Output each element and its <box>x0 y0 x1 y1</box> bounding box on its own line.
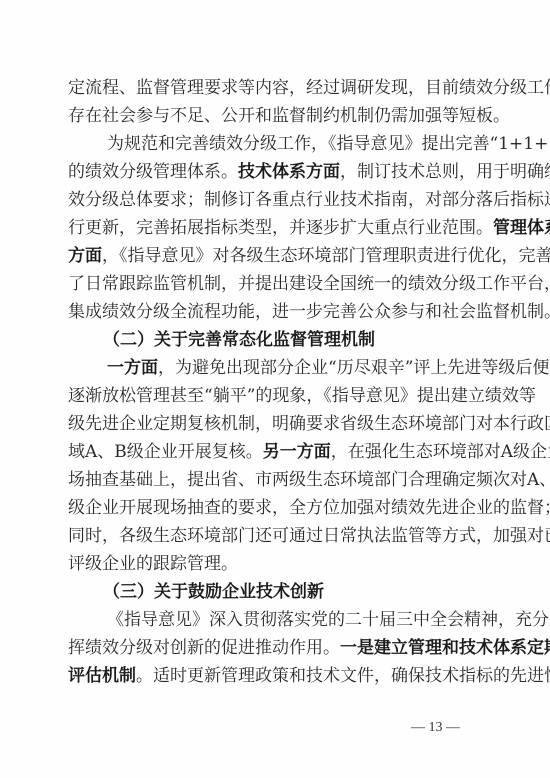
text-run: ，为避免出现部分企业“历尽艰辛”评上先进等级后便 <box>158 358 549 378</box>
bold-text-run: 一方面 <box>107 358 158 378</box>
text-run: 逐渐放松管理甚至“躺平”的现象，《指导意见》提出建立绩效等 <box>68 386 536 406</box>
text-line: 评估机制。适时更新管理政策和技术文件，确保技术指标的先进性， <box>68 662 456 690</box>
text-line: 效分级总体要求；制修订各重点行业技术指南，对部分落后指标进 <box>68 186 456 214</box>
text-run: 。适时更新管理政策和技术文件，确保技术指标的先进性， <box>136 666 550 686</box>
bold-text-run: （二）关于完善常态化监督管理机制 <box>103 330 375 350</box>
text-line: 场抽查基础上，提出省、市两级生态环境部门合理确定频次对A、B <box>68 466 456 494</box>
text-run: 行更新，完善拓展指标类型，并逐步扩大重点行业范围。 <box>68 218 493 238</box>
text-line: 同时，各级生态环境部门还可通过日常执法监管等方式，加强对已 <box>68 522 456 550</box>
text-line: 级先进企业定期复核机制，明确要求省级生态环境部门对本行政区 <box>68 410 456 438</box>
document-page: 定流程、监督管理要求等内容，经过调研发现，目前绩效分级工作 存在社会参与不足、公… <box>0 0 550 778</box>
bold-text-run: 管理体系 <box>493 218 550 238</box>
paragraph-start-line: 一方面，为避免出现部分企业“历尽艰辛”评上先进等级后便 <box>107 354 456 382</box>
text-run: 了日常跟踪监管机制，并提出建设全国统一的绩效分级工作平台， <box>68 274 550 294</box>
text-run: 场抽查基础上，提出省、市两级生态环境部门合理确定频次对A、B <box>68 470 550 490</box>
text-run: ，制订技术总则，用于明确绩 <box>340 162 550 182</box>
paragraph-start-line: 《指导意见》深入贯彻落实党的二十届三中全会精神，充分发 <box>107 606 456 634</box>
bold-text-run: （三）关于鼓励企业技术创新 <box>103 582 324 602</box>
section-heading-3: （三）关于鼓励企业技术创新 <box>103 578 403 606</box>
text-run: 效分级总体要求；制修订各重点行业技术指南，对部分落后指标进 <box>68 190 550 210</box>
text-run: 集成绩效分级全流程功能，进一步完善公众参与和社会监督机制。 <box>68 302 550 322</box>
text-line: 行更新，完善拓展指标类型，并逐步扩大重点行业范围。管理体系 <box>68 214 456 242</box>
text-line: 级企业开展现场抽查的要求，全方位加强对绩效先进企业的监督； <box>68 494 456 522</box>
bold-text-run: 评估机制 <box>68 666 136 686</box>
text-line: 了日常跟踪监管机制，并提出建设全国统一的绩效分级工作平台， <box>68 270 456 298</box>
text-run: 的绩效分级管理体系。 <box>68 162 238 182</box>
text-run: 定流程、监督管理要求等内容，经过调研发现，目前绩效分级工作 <box>68 78 550 98</box>
bold-text-run: 方面 <box>68 246 102 266</box>
text-run: ，在强化生态环境部对A级企业现 <box>331 442 550 462</box>
text-run: 存在社会参与不足、公开和监督制约机制仍需加强等短板。 <box>68 106 510 126</box>
text-run: 挥绩效分级对创新的促进推动作用。 <box>68 638 340 658</box>
bold-text-run: 另一方面 <box>263 442 331 462</box>
text-run: 级企业开展现场抽查的要求，全方位加强对绩效先进企业的监督； <box>68 498 550 518</box>
paragraph-start-line: 为规范和完善绩效分级工作，《指导意见》提出完善“1+1+1+N” <box>107 130 456 158</box>
text-run: 为规范和完善绩效分级工作，《指导意见》提出完善“1+1+1+N” <box>107 134 550 154</box>
bold-text-run: 一是建立管理和技术体系定期 <box>340 638 550 658</box>
text-line: 集成绩效分级全流程功能，进一步完善公众参与和社会监督机制。 <box>68 298 456 326</box>
text-run: 评级企业的跟踪管理。 <box>68 554 238 574</box>
section-heading-2: （二）关于完善常态化监督管理机制 <box>103 326 403 354</box>
text-run: ，《指导意见》对各级生态环境部门管理职责进行优化，完善 <box>102 246 550 266</box>
text-line: 逐渐放松管理甚至“躺平”的现象，《指导意见》提出建立绩效等 <box>68 382 456 410</box>
bold-text-run: 技术体系方面 <box>238 162 340 182</box>
text-line: 挥绩效分级对创新的促进推动作用。一是建立管理和技术体系定期 <box>68 634 456 662</box>
text-line: 域A、B级企业开展复核。另一方面，在强化生态环境部对A级企业现 <box>68 438 456 466</box>
text-run: 级先进企业定期复核机制，明确要求省级生态环境部门对本行政区 <box>68 414 550 434</box>
text-line: 的绩效分级管理体系。技术体系方面，制订技术总则，用于明确绩 <box>68 158 456 186</box>
text-line: 方面，《指导意见》对各级生态环境部门管理职责进行优化，完善 <box>68 242 456 270</box>
text-line: 定流程、监督管理要求等内容，经过调研发现，目前绩效分级工作 <box>68 74 456 102</box>
text-line: 存在社会参与不足、公开和监督制约机制仍需加强等短板。 <box>68 102 456 130</box>
text-run: 《指导意见》深入贯彻落实党的二十届三中全会精神，充分发 <box>107 610 550 630</box>
text-run: 同时，各级生态环境部门还可通过日常执法监管等方式，加强对已 <box>68 526 550 546</box>
page-number: — 13 — <box>400 716 460 740</box>
text-run: 域A、B级企业开展复核。 <box>68 442 263 462</box>
text-line: 评级企业的跟踪管理。 <box>68 550 456 578</box>
